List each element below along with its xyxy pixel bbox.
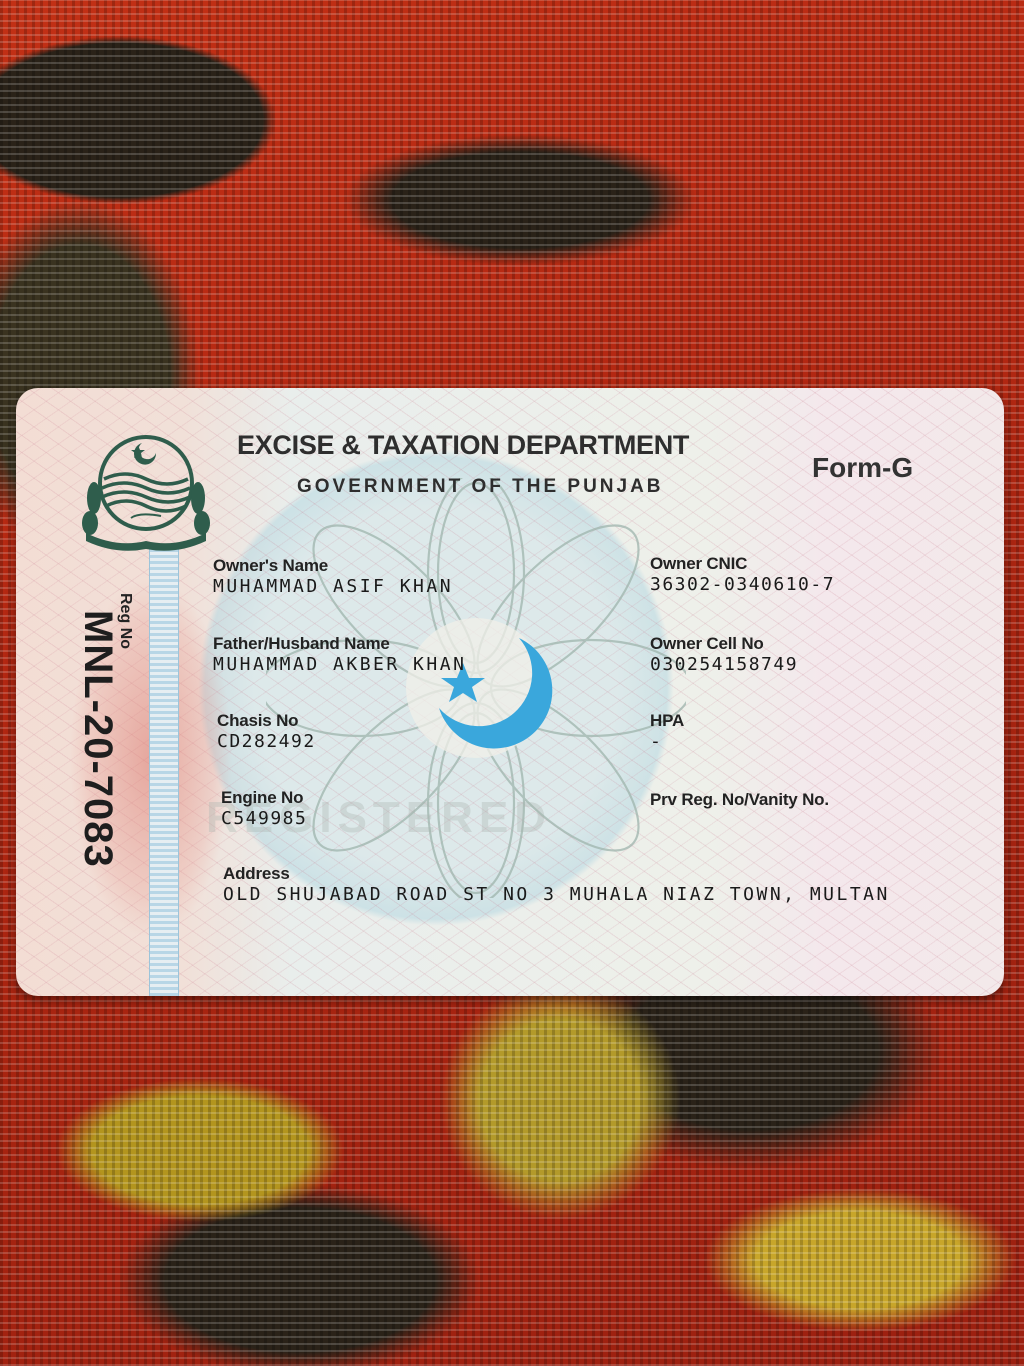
engine-label: Engine No	[221, 788, 307, 808]
address-field: Address OLD SHUJABAD ROAD ST NO 3 MUHALA…	[223, 864, 890, 906]
hpa-value: -	[650, 731, 684, 753]
form-type: Form-G	[812, 452, 913, 484]
cell-field: Owner Cell No 030254158749	[650, 634, 798, 676]
hpa-label: HPA	[650, 711, 684, 731]
chassis-field: Chasis No CD282492	[217, 711, 316, 753]
punjab-emblem-icon	[76, 423, 216, 558]
government-subtitle: GOVERNMENT OF THE PUNJAB	[297, 476, 664, 498]
chassis-value: CD282492	[217, 731, 316, 753]
hpa-field: HPA -	[650, 711, 684, 753]
prv-reg-field: Prv Reg. No/Vanity No.	[650, 790, 829, 810]
owner-name-value: MUHAMMAD ASIF KHAN	[213, 576, 453, 598]
cell-label: Owner Cell No	[650, 634, 798, 654]
chassis-label: Chasis No	[217, 711, 316, 731]
address-label: Address	[223, 864, 890, 884]
engine-field: Engine No C549985	[221, 788, 307, 830]
father-name-value: MUHAMMAD AKBER KHAN	[213, 654, 466, 676]
owner-name-field: Owner's Name MUHAMMAD ASIF KHAN	[213, 556, 453, 598]
cnic-value: 36302-0340610-7	[650, 574, 835, 596]
father-name-label: Father/Husband Name	[213, 634, 466, 654]
owner-name-label: Owner's Name	[213, 556, 453, 576]
security-strip	[149, 548, 179, 996]
cell-value: 030254158749	[650, 654, 798, 676]
father-name-field: Father/Husband Name MUHAMMAD AKBER KHAN	[213, 634, 466, 676]
department-title: EXCISE & TAXATION DEPARTMENT	[237, 430, 689, 461]
cnic-label: Owner CNIC	[650, 554, 835, 574]
vehicle-registration-card: REGISTERED Reg No MNL-20-7083 EXCISE & T…	[16, 388, 1004, 996]
cnic-field: Owner CNIC 36302-0340610-7	[650, 554, 835, 596]
prv-reg-label: Prv Reg. No/Vanity No.	[650, 790, 829, 810]
address-value: OLD SHUJABAD ROAD ST NO 3 MUHALA NIAZ TO…	[223, 884, 890, 906]
engine-value: C549985	[221, 808, 307, 830]
reg-no-value: MNL-20-7083	[75, 610, 120, 868]
